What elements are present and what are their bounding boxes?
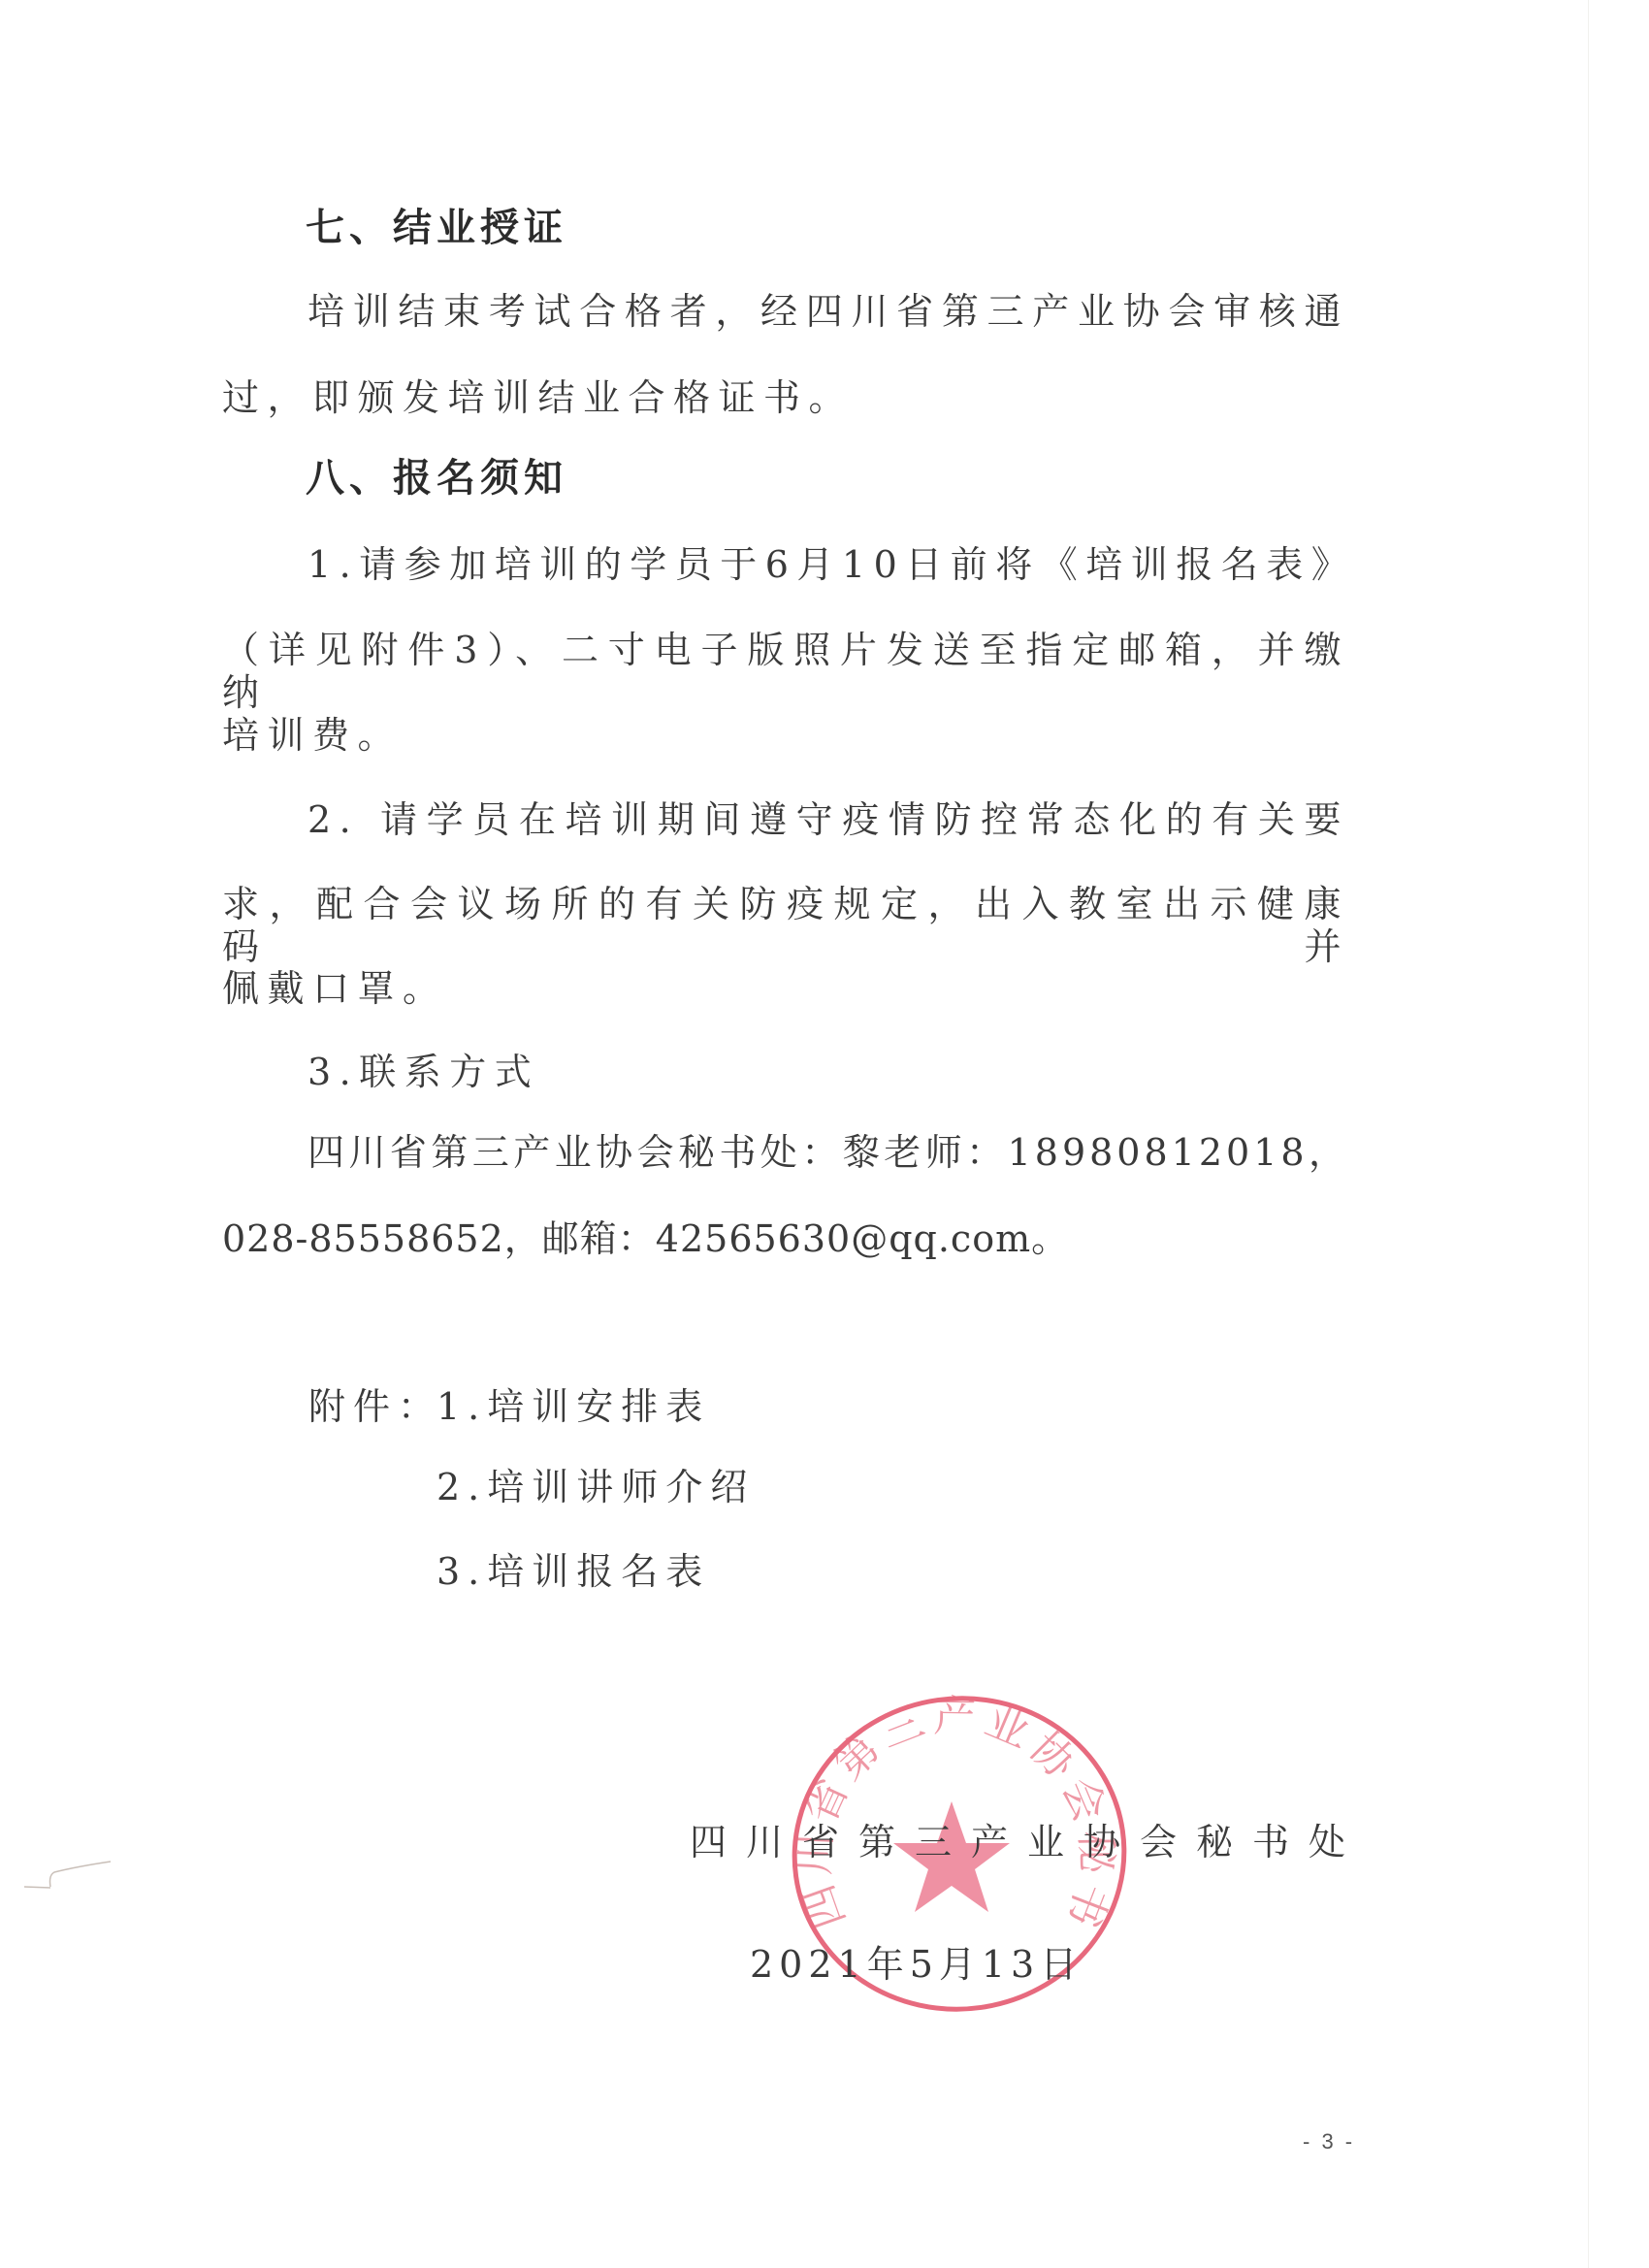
attachment-item-1: 1.培训安排表 — [436, 1385, 710, 1428]
paragraph-line: 过，即颁发培训结业合格证书。 — [222, 376, 1349, 419]
section-heading-7: 七、结业授证 — [306, 207, 567, 249]
section-heading-8: 八、报名须知 — [306, 457, 567, 500]
attachment-item-3: 3.培训报名表 — [436, 1550, 710, 1593]
paragraph-line: 培训结束考试合格者，经四川省第三产业协会审核通 — [307, 290, 1349, 333]
contact-line: 四川省第三产业协会秘书处：黎老师：18980812018， — [307, 1131, 1349, 1174]
signature-organization: 四川省第三产业协会秘书处 — [690, 1821, 1345, 1863]
page-edge — [1588, 0, 1589, 2268]
item-2-line: 2. 请学员在培训期间遵守疫情防控常态化的有关要 — [307, 798, 1349, 841]
item-3-title: 3.联系方式 — [307, 1051, 1349, 1093]
attachments-label: 附件： — [308, 1385, 442, 1428]
item-1-line: 培训费。 — [222, 714, 1349, 757]
item-1-line: 1.请参加培训的学员于6月10日前将《培训报名表》 — [307, 543, 1349, 586]
item-1-line: （详见附件3）、二寸电子版照片发送至指定邮箱，并缴纳 — [222, 629, 1349, 671]
margin-pen-mark-icon — [19, 1858, 116, 1906]
contact-line: 028-85558652，邮箱：42565630@qq.com。 — [222, 1217, 1349, 1260]
attachment-item-2: 2.培训讲师介绍 — [436, 1466, 755, 1508]
item-2-line: 佩戴口罩。 — [222, 967, 1349, 1010]
page-number: - 3 - — [1303, 2129, 1355, 2155]
item-2-line: 求，配合会议场所的有关防疫规定，出入教室出示健康码并 — [222, 883, 1349, 925]
signature-date: 2021年5月13日 — [750, 1943, 1083, 1986]
